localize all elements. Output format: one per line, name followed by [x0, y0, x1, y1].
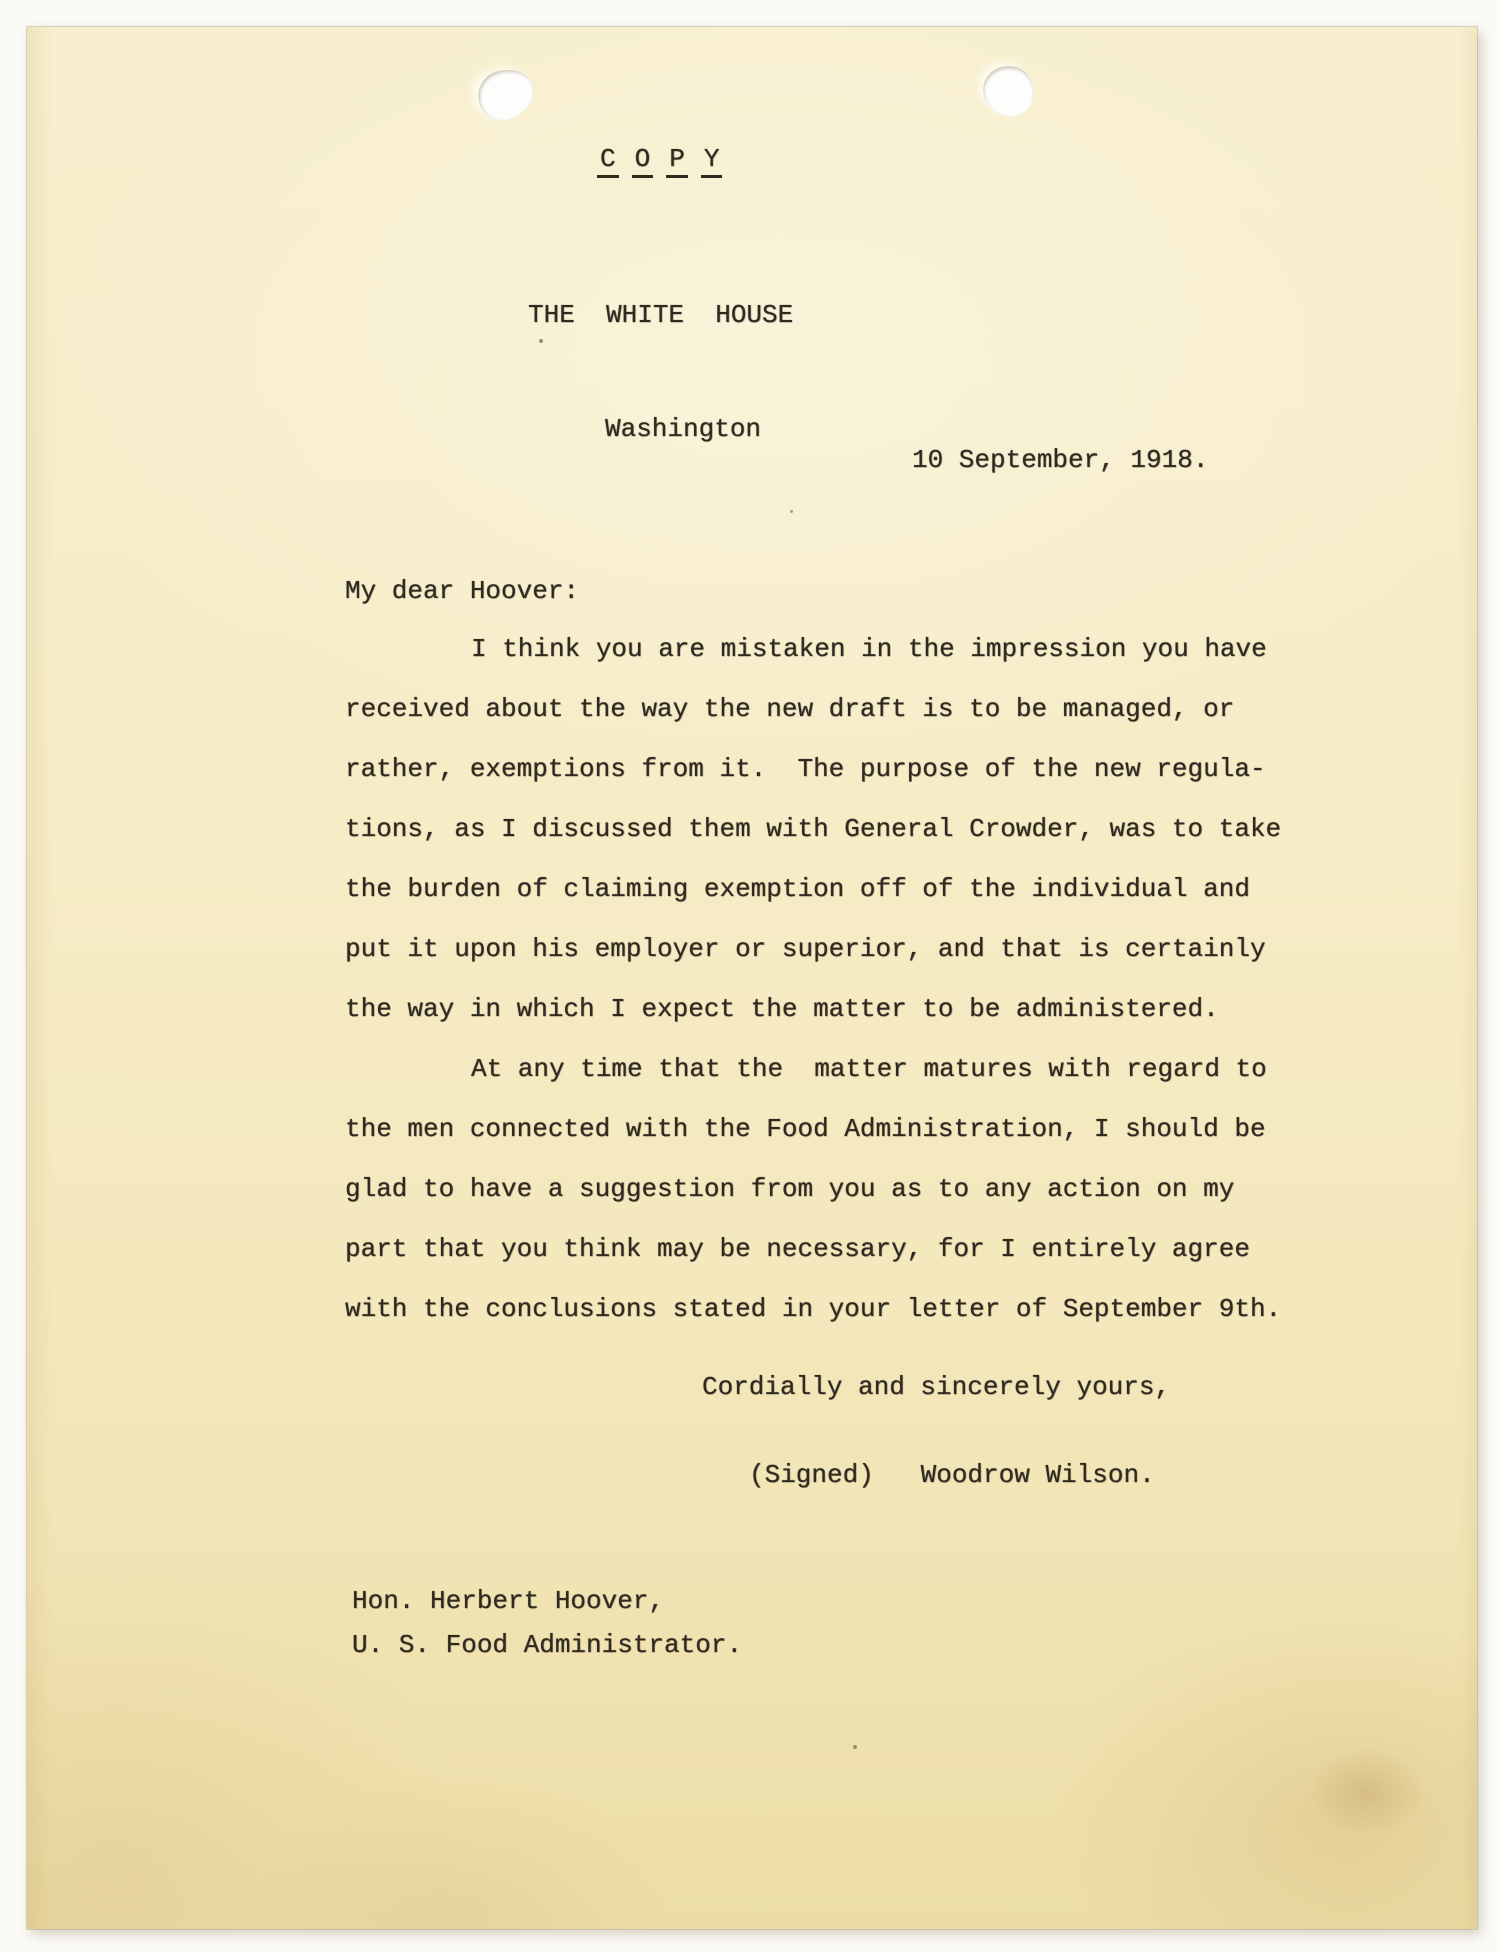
letter-body-line: the burden of claiming exemption off of …: [345, 873, 1305, 933]
ink-speck: [539, 339, 543, 343]
salutation: My dear Hoover:: [345, 575, 579, 607]
letterhead-white-house: THE WHITE HOUSE: [528, 299, 793, 331]
closing-line: Cordially and sincerely yours,: [702, 1371, 1170, 1403]
scan-background: { "document": { "copy_label": "COPY", "c…: [0, 0, 1500, 1952]
recipient-block: Hon. Herbert Hoover,U. S. Food Administr…: [352, 1585, 742, 1673]
letter-body-line: received about the way the new draft is …: [345, 693, 1305, 753]
letter-paper: COPY THE WHITE HOUSE Washington 10 Septe…: [27, 27, 1477, 1929]
letter-body-line: At any time that the matter matures with…: [345, 1053, 1305, 1113]
letter-body-line: tions, as I discussed them with General …: [345, 813, 1305, 873]
letter-body-line: the way in which I expect the matter to …: [345, 993, 1305, 1053]
letter-body-line: I think you are mistaken in the impressi…: [345, 633, 1305, 693]
ink-speck: [790, 510, 793, 513]
copy-label: COPY: [597, 143, 735, 178]
letterhead-washington: Washington: [605, 413, 761, 445]
punch-hole-right: [979, 62, 1037, 119]
letter-body-line: the men connected with the Food Administ…: [345, 1113, 1305, 1173]
age-stain: [1307, 1747, 1427, 1837]
letter-body-line: put it upon his employer or superior, an…: [345, 933, 1305, 993]
punch-hole-left: [473, 64, 539, 125]
recipient-line: Hon. Herbert Hoover,: [352, 1585, 742, 1629]
letter-body-line: rather, exemptions from it. The purpose …: [345, 753, 1305, 813]
letter-body-line: part that you think may be necessary, fo…: [345, 1233, 1305, 1293]
copy-letter: Y: [701, 143, 723, 178]
copy-letter: C: [597, 143, 619, 178]
letter-body-line: with the conclusions stated in your lett…: [345, 1293, 1305, 1353]
letter-body-line: glad to have a suggestion from you as to…: [345, 1173, 1305, 1233]
copy-letter: P: [666, 143, 688, 178]
copy-letter: O: [632, 143, 654, 178]
ink-speck: [853, 1745, 857, 1749]
date-line: 10 September, 1918.: [912, 444, 1208, 476]
signature-line: (Signed) Woodrow Wilson.: [749, 1459, 1155, 1491]
recipient-line: U. S. Food Administrator.: [352, 1629, 742, 1673]
letter-body: I think you are mistaken in the impressi…: [345, 633, 1305, 1353]
